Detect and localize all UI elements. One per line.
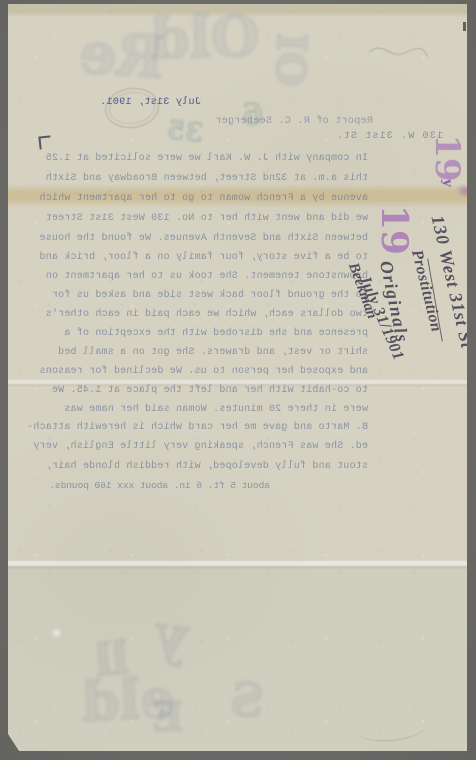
typewritten-line: avenue by a French woman to go to her ap… [48, 193, 368, 204]
purple-edge-smudge [454, 182, 473, 199]
stamp-19-middle: 19 [373, 205, 415, 255]
typewritten-line: about 5 ft. 6 in. about xxx 160 pounds. [60, 480, 270, 491]
ghost-stamp-fragment: IO [269, 32, 318, 87]
ghost-stamp-fragment: y [152, 601, 192, 669]
edge-notch [463, 22, 466, 31]
faint-curve-mark [356, 710, 428, 744]
typewritten-line: brownstone tenement. She took us to her … [48, 271, 368, 282]
pen-mark [38, 135, 51, 149]
ghost-stamp-fragment: ll [93, 633, 132, 687]
ghost-stamp-fragment: S [229, 672, 266, 728]
typewritten-line: shirt or vest, and drawers. She got on a… [48, 347, 368, 358]
typewritten-line: two dollars each, which we each paid in … [48, 309, 368, 320]
embossed-oval-seal [103, 85, 161, 131]
ghost-stamp-fragment: 6 [241, 97, 264, 133]
typewritten-line: and exposed her person to us. We decline… [48, 366, 368, 377]
ghost-stamp-fragment: 35 [165, 115, 204, 149]
typewritten-line: between Sixth and Seventh Avenues. We fo… [48, 233, 368, 244]
typewritten-line: presence and she disrobed with the excep… [48, 328, 368, 339]
typewritten-line: to the ground floor back west side and a… [48, 290, 368, 301]
typewritten-date: July 31st, 1901. [101, 97, 201, 108]
typewritten-report-line: Report of R. C. Seeberger [213, 116, 373, 127]
ghost-stamp-fragment: Old [149, 3, 260, 73]
ghost-stamp-fragment: E [153, 694, 184, 741]
paper-flaw-spot [50, 627, 63, 639]
document-page: Re Old IO 35 6 y eld E S ll July 31st, 1… [8, 4, 467, 751]
typewritten-line: we did and went with her to No. 130 West… [48, 213, 368, 224]
stamp-ink-mark: y [440, 179, 455, 187]
typewritten-line: this a.m. at 32nd Street, between Broadw… [48, 173, 368, 184]
typewritten-line: to be a five story, four family on a flo… [48, 252, 368, 263]
typewritten-line: B. Marto and gave me her card which is h… [48, 422, 368, 433]
stamp-19-top: 19 [427, 134, 467, 181]
pencil-squiggle [364, 33, 432, 78]
typewritten-line: stout and fully developed, with reddish … [48, 461, 368, 472]
typewritten-line: In company with J. W. Karl we were solic… [48, 153, 368, 164]
typewritten-line: were in there 20 minutes. Woman said her… [48, 404, 368, 415]
typewritten-line: to co-habit with her and left the place … [48, 385, 368, 396]
typewritten-line: ed. She was French, speaking very little… [48, 441, 368, 452]
